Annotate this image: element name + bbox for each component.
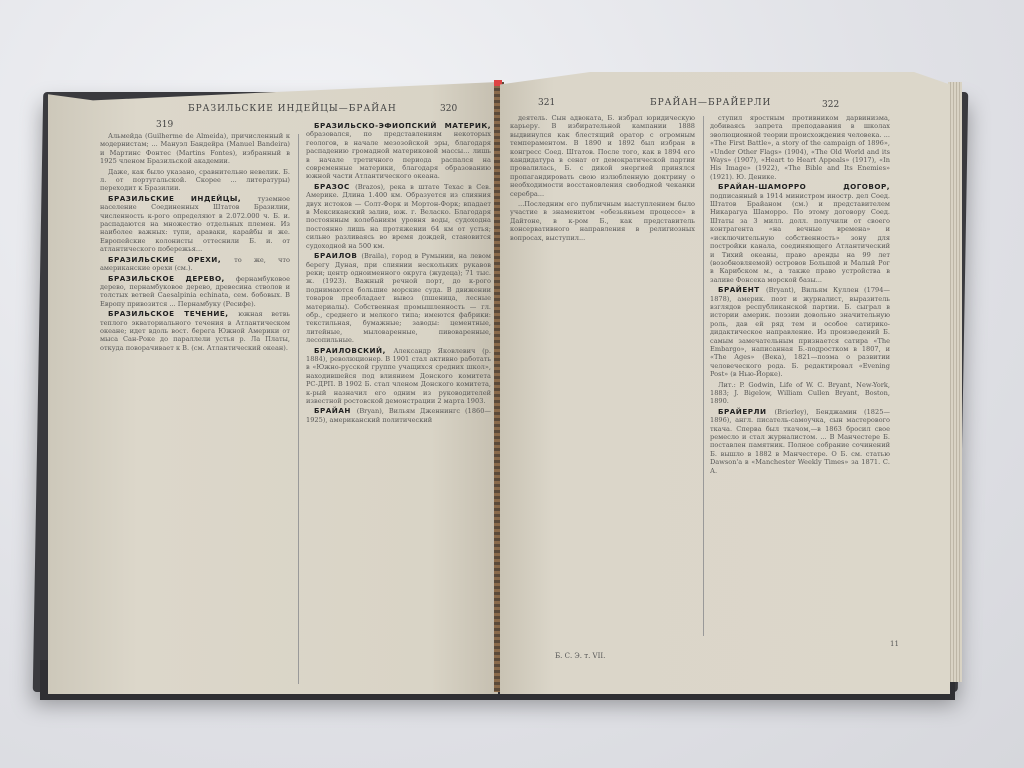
- entry-title: БРАИЛОВ: [314, 251, 361, 260]
- entry-text: (Braila), город в Румынии, на левом бере…: [306, 252, 491, 344]
- entry-title: БРАЗИЛЬСКОЕ ТЕЧЕНИЕ,: [108, 309, 238, 318]
- entry-text: образовался, по представлениям некоторых…: [306, 130, 491, 180]
- page-number-right-col: 322: [822, 100, 839, 110]
- encyclopedia-entry: БРАЗИЛЬСКОЕ ДЕРЕВО, фернамбуковое дерево…: [100, 275, 290, 309]
- encyclopedia-entry: БРАЗОС (Brazos), река в штате Техас в Се…: [306, 183, 491, 250]
- running-head-right: БРАЙАН—БРАЙЕРЛИ: [650, 98, 771, 108]
- entry-text: деятель. Сын адвоката, Б. избрал юридиче…: [510, 114, 695, 198]
- entry-text: Альмейда (Guilherme de Almeida), причисл…: [100, 132, 290, 165]
- left-page: 319 БРАЗИЛЬСКИЕ ИНДЕЙЦЫ—БРАЙАН 320 Альме…: [48, 82, 498, 694]
- right-page-column-2: ступил яростным противником дарвинизма, …: [710, 114, 890, 639]
- right-page: 321 БРАЙАН—БРАЙЕРЛИ 322 деятель. Сын адв…: [500, 72, 950, 694]
- entry-text: туземное население Соединенных Штатов Бр…: [100, 195, 290, 253]
- encyclopedia-entry: ...Последним его публичным выступлением …: [510, 200, 695, 242]
- right-page-column-1: деятель. Сын адвоката, Б. избрал юридиче…: [510, 114, 695, 639]
- entry-text: подписанный в 1914 министром иностр. дел…: [710, 192, 890, 284]
- entry-text: (Brierley), Бенджамин (1825—1896), англ.…: [710, 408, 890, 475]
- entry-text: Даже, как было указано, сравнительно нев…: [100, 168, 290, 193]
- left-page-column-2: БРАЗИЛЬСКО-ЭФИОПСКИЙ МАТЕРИК, образовалс…: [306, 122, 491, 667]
- column-rule: [298, 134, 299, 684]
- encyclopedia-entry: БРАЗИЛЬСКОЕ ТЕЧЕНИЕ, южная ветвь теплого…: [100, 310, 290, 352]
- entry-text: Александр Яковлевич (р. 1884), революцио…: [306, 347, 491, 405]
- column-rule: [703, 116, 704, 636]
- encyclopedia-entry: Лит.: P. Godwin, Life of W. C. Bryant, N…: [710, 381, 890, 406]
- encyclopedia-entry: Даже, как было указано, сравнительно нев…: [100, 168, 290, 193]
- entry-title: БРАЙЕРЛИ: [718, 407, 775, 416]
- page-number-right-col: 320: [440, 104, 457, 114]
- entry-title: БРАЙЕНТ: [718, 285, 766, 294]
- encyclopedia-entry: БРАИЛОВСКИЙ, Александр Яковлевич (р. 188…: [306, 347, 491, 406]
- encyclopedia-entry: БРАЗИЛЬСКИЕ ИНДЕЙЦЫ, туземное население …: [100, 195, 290, 254]
- entry-title: БРАЗИЛЬСКИЕ ОРЕХИ,: [108, 255, 234, 264]
- left-page-column-1: Альмейда (Guilherme de Almeida), причисл…: [100, 132, 290, 687]
- entry-title: БРАЗИЛЬСКО-ЭФИОПСКИЙ МАТЕРИК,: [314, 121, 491, 130]
- encyclopedia-entry: БРАЙАН (Bryan), Вильям Дженнингс (1860—1…: [306, 407, 491, 424]
- encyclopedia-entry: БРАИЛОВ (Braila), город в Румынии, на ле…: [306, 252, 491, 344]
- entry-title: БРАЙАН-ШАМОРРО ДОГОВОР,: [718, 182, 890, 191]
- entry-title: БРАЙАН: [314, 406, 357, 415]
- page-block-edge: [948, 82, 962, 682]
- page-number-left-col: 321: [538, 98, 555, 108]
- encyclopedia-entry: БРАЙЕРЛИ (Brierley), Бенджамин (1825—189…: [710, 408, 890, 475]
- encyclopedia-entry: БРАЙЕНТ (Bryant), Вильям Куллен (1794—18…: [710, 286, 890, 378]
- encyclopedia-entry: БРАЗИЛЬСКИЕ ОРЕХИ, то же, что американск…: [100, 256, 290, 273]
- page-number-left-col: 319: [156, 120, 173, 130]
- encyclopedia-entry: БРАЗИЛЬСКО-ЭФИОПСКИЙ МАТЕРИК, образовалс…: [306, 122, 491, 181]
- running-head-left: БРАЗИЛЬСКИЕ ИНДЕЙЦЫ—БРАЙАН: [188, 104, 397, 114]
- entry-title: БРАЗОС: [314, 182, 355, 191]
- entry-text: (Brazos), река в штате Техас в Сев. Амер…: [306, 183, 491, 250]
- encyclopedia-entry: ступил яростным противником дарвинизма, …: [710, 114, 890, 181]
- encyclopedia-entry: Альмейда (Guilherme de Almeida), причисл…: [100, 132, 290, 166]
- entry-title: БРАИЛОВСКИЙ,: [314, 346, 393, 355]
- entry-text: Лит.: P. Godwin, Life of W. C. Bryant, N…: [710, 381, 890, 406]
- entry-text: ступил яростным противником дарвинизма, …: [710, 114, 890, 181]
- encyclopedia-entry: БРАЙАН-ШАМОРРО ДОГОВОР, подписанный в 19…: [710, 183, 890, 284]
- entry-title: БРАЗИЛЬСКИЕ ИНДЕЙЦЫ,: [108, 194, 258, 203]
- signature-mark: 11: [890, 640, 899, 648]
- volume-marker: Б. С. Э. т. VII.: [555, 652, 605, 660]
- entry-title: БРАЗИЛЬСКОЕ ДЕРЕВО,: [108, 274, 236, 283]
- entry-text: (Bryant), Вильям Куллен (1794—1878), аме…: [710, 286, 890, 378]
- entry-text: ...Последним его публичным выступлением …: [510, 200, 695, 242]
- encyclopedia-entry: деятель. Сын адвоката, Б. избрал юридиче…: [510, 114, 695, 198]
